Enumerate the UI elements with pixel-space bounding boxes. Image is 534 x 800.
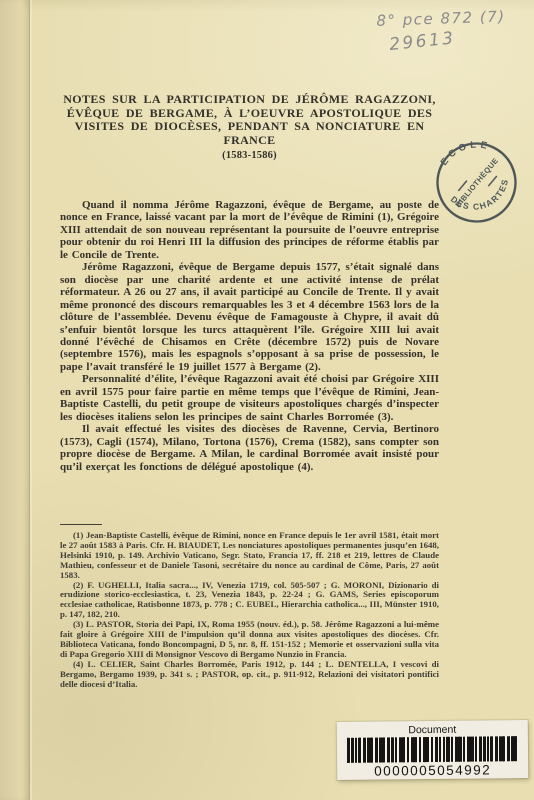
title-line-1: NOTES SUR LA PARTICIPATION DE JÉRÔME RAG… [60,93,439,107]
body-paragraph-3: Personnalité d’élite, l’évêque Ragazzoni… [60,373,439,423]
footnote-1: (1) Jean-Baptiste Castelli, évêque de Ri… [60,531,439,581]
binding-gutter-shadow [0,0,30,800]
body-paragraph-1: Quand il nomma Jérôme Ragazzoni, évêque … [60,199,439,261]
footnote-4: (4) L. CELIER, Saint Charles Borromée, P… [60,660,439,690]
title-line-3: VISITES DE DIOCÈSES, PENDANT SA NONCIATU… [60,120,439,147]
footnotes-section: (1) Jean-Baptiste Castelli, évêque de Ri… [60,531,439,690]
body-paragraph-2: Jérôme Ragazzoni, évêque de Bergame depu… [60,261,439,373]
footnote-separator-rule [60,524,102,525]
barcode-caption: Document [337,723,528,737]
footnote-2: (2) F. UGHELLI, Italia sacra..., IV, Ven… [60,581,439,621]
body-paragraph-4: Il avait effectué les visites des diocès… [60,423,439,473]
title-line-2: ÉVÊQUE DE BERGAME, À L’OEUVRE APOSTOLIQU… [60,107,439,121]
article-body: Quand il nomma Jérôme Ragazzoni, évêque … [60,199,439,473]
barcode-label: Document 0000005054992 [337,720,529,780]
footnote-3: (3) L. PASTOR, Storia dei Papi, IX, Roma… [60,620,439,660]
article-title: NOTES SUR LA PARTICIPATION DE JÉRÔME RAG… [60,93,439,163]
title-date-range: (1583-1586) [60,149,439,163]
barcode-number: 0000005054992 [337,762,528,779]
stamp-dash-lower [488,176,497,186]
handwritten-shelfmark: 8° pce 872 (7) 29613 [347,7,510,54]
scanned-document-page: 8° pce 872 (7) 29613 NOTES SUR LA PARTIC… [0,0,534,800]
barcode-bars [347,736,518,763]
